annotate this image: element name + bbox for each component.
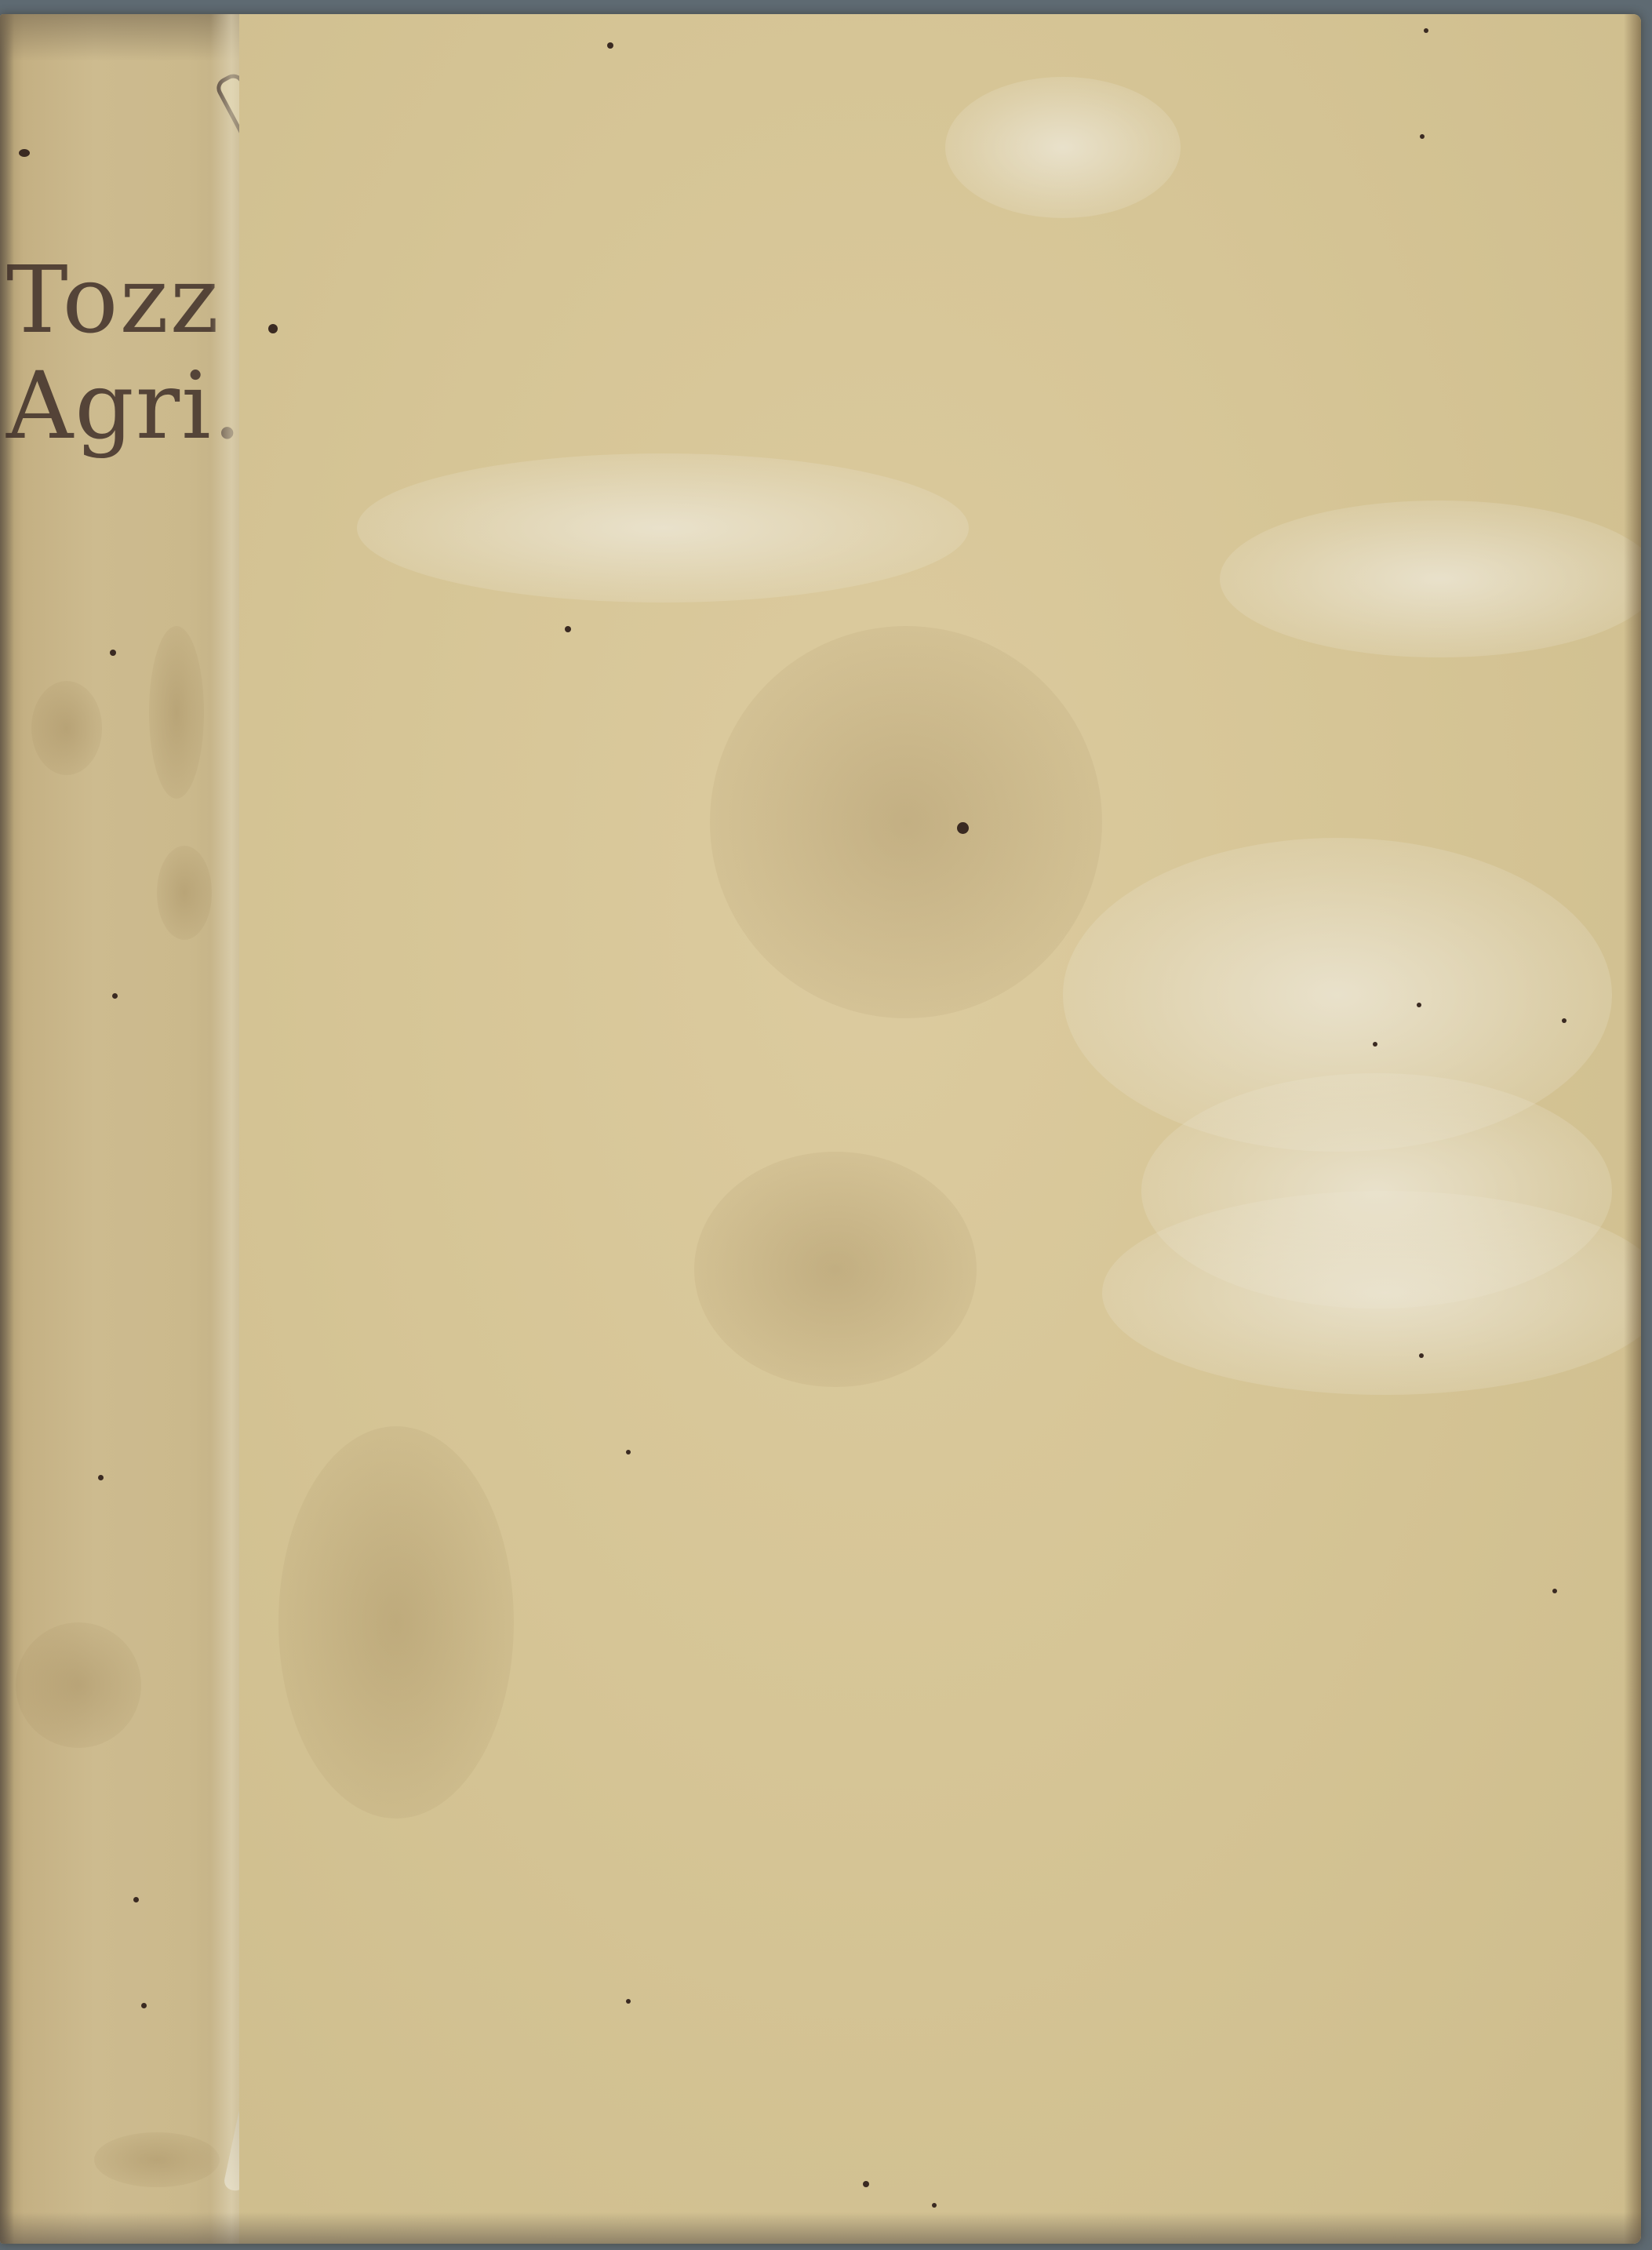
ink-spot (932, 2203, 937, 2208)
worn-patch (357, 453, 969, 603)
ink-spot (19, 149, 30, 157)
cover-fore-edge (1624, 14, 1641, 2244)
cover-stain (710, 626, 1102, 1018)
ink-spot (1552, 1589, 1557, 1593)
ink-spot (98, 1475, 104, 1480)
ink-spot (957, 822, 969, 834)
ink-spot (1420, 134, 1425, 139)
ink-spot (110, 650, 116, 656)
spine-title-line-2: Agri. (6, 359, 243, 452)
bottom-edge-shadow (0, 2212, 1641, 2244)
ink-spot (1424, 28, 1428, 33)
book-photo: Tozz Agri. (0, 0, 1652, 2250)
spine-stain (16, 1622, 141, 1748)
ink-spot (1562, 1018, 1566, 1023)
ink-spot (1417, 1003, 1421, 1007)
ink-spot (141, 2003, 147, 2008)
ink-spot (268, 324, 278, 333)
front-cover (239, 14, 1641, 2244)
cover-stain (278, 1426, 514, 1819)
worn-patch (945, 77, 1181, 218)
spine-stain (157, 846, 212, 940)
vellum-book: Tozz Agri. (0, 14, 1641, 2244)
ink-spot (626, 1999, 631, 2004)
ink-spot (607, 42, 613, 49)
spine-stain (149, 626, 204, 799)
ink-spot (565, 626, 571, 632)
ink-spot (626, 1450, 631, 1454)
worn-patch (1141, 1073, 1612, 1309)
book-spine: Tozz Agri. (0, 14, 239, 2244)
cover-stain (694, 1152, 977, 1387)
spine-stain (94, 2132, 220, 2187)
spine-title-line-1: Tozz (6, 253, 220, 346)
ink-spot (112, 993, 118, 999)
spine-stain (31, 681, 102, 775)
ink-spot (1419, 1353, 1424, 1358)
ink-spot (133, 1897, 139, 1902)
worn-patch (1220, 501, 1641, 657)
ink-spot (863, 2181, 869, 2187)
ink-spot (1373, 1042, 1377, 1047)
